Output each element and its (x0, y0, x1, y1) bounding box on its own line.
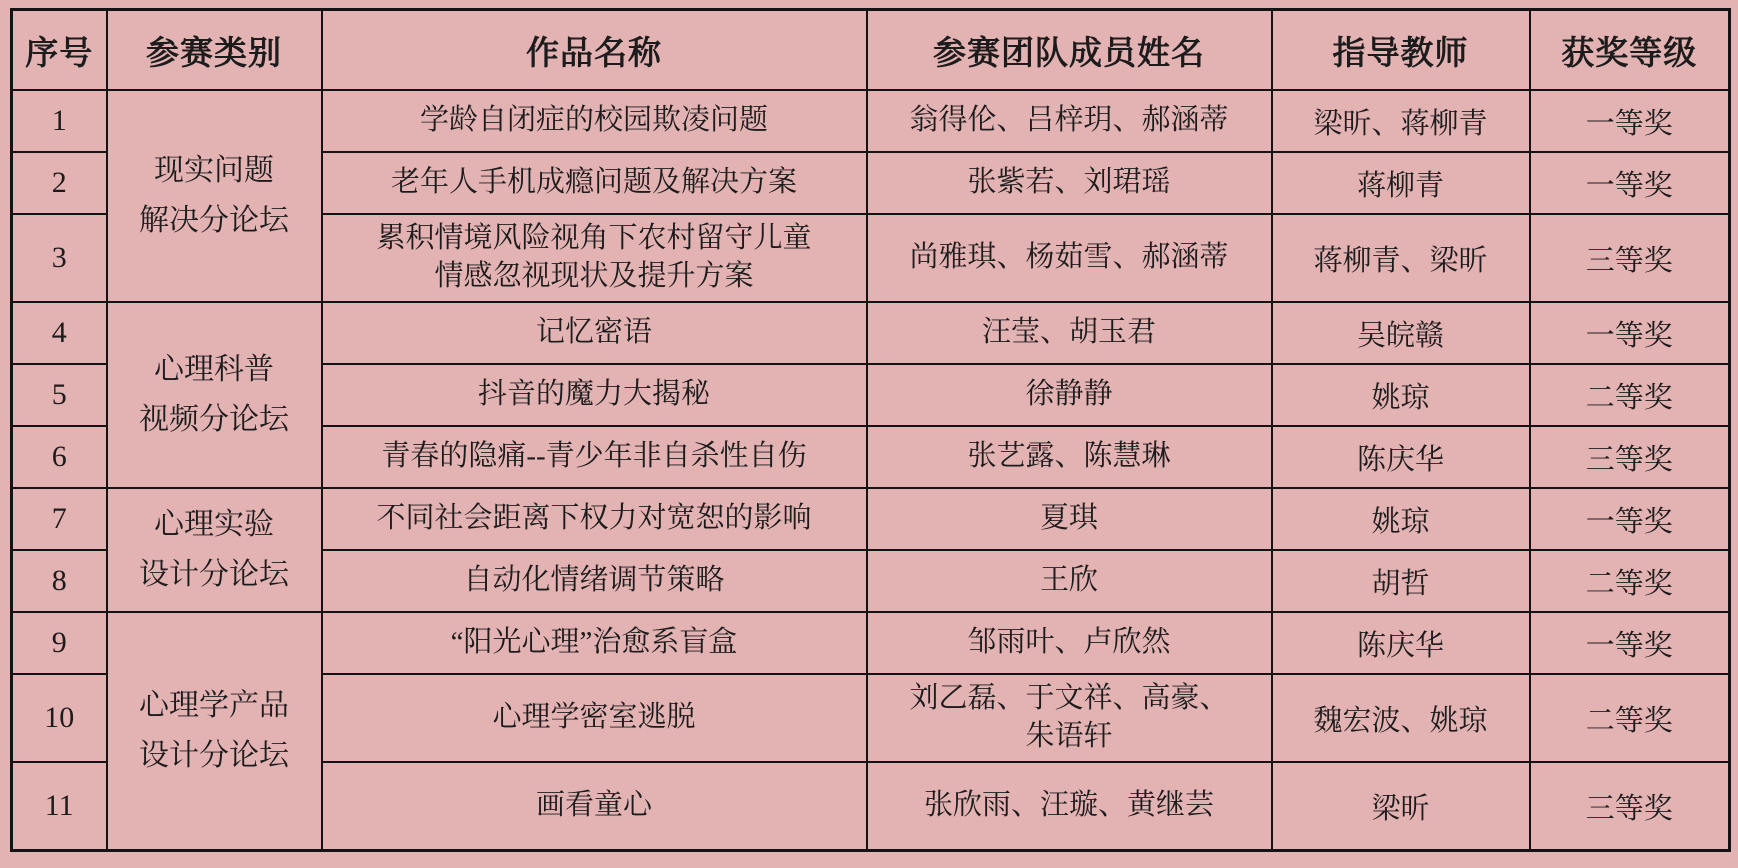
cell-work: 心理学密室逃脱 (322, 674, 867, 762)
header-members: 参赛团队成员姓名 (867, 10, 1272, 91)
cell-members: 张紫若、刘珺瑶 (867, 152, 1272, 214)
table-header-row: 序号 参赛类别 作品名称 参赛团队成员姓名 指导教师 获奖等级 (12, 10, 1730, 91)
category-line: 设计分论坛 (114, 558, 315, 593)
category-line: 现实问题 (114, 154, 315, 189)
cell-no: 6 (12, 426, 107, 488)
cell-teacher: 梁昕、蒋柳青 (1272, 90, 1530, 152)
table-body: 1现实问题解决分论坛学龄自闭症的校园欺凌问题翁得伦、吕梓玥、郝涵蒂梁昕、蒋柳青一… (12, 90, 1730, 851)
cell-no: 8 (12, 550, 107, 612)
cell-award: 一等奖 (1530, 612, 1730, 674)
table-row: 9心理学产品设计分论坛“阳光心理”治愈系盲盒邹雨叶、卢欣然陈庆华一等奖 (12, 612, 1730, 674)
cell-members: 张艺露、陈慧琳 (867, 426, 1272, 488)
cell-category: 心理科普视频分论坛 (107, 302, 322, 488)
cell-no: 2 (12, 152, 107, 214)
header-category: 参赛类别 (107, 10, 322, 91)
cell-no: 11 (12, 762, 107, 851)
cell-no: 10 (12, 674, 107, 762)
cell-no: 1 (12, 90, 107, 152)
category-line: 心理学产品 (114, 689, 315, 724)
cell-teacher: 陈庆华 (1272, 612, 1530, 674)
cell-members: 王欣 (867, 550, 1272, 612)
table-row: 4心理科普视频分论坛记忆密语汪莹、胡玉君吴皖赣一等奖 (12, 302, 1730, 364)
cell-award: 二等奖 (1530, 550, 1730, 612)
cell-no: 7 (12, 488, 107, 550)
cell-category: 心理学产品设计分论坛 (107, 612, 322, 851)
cell-no: 3 (12, 214, 107, 302)
award-table: 序号 参赛类别 作品名称 参赛团队成员姓名 指导教师 获奖等级 1现实问题解决分… (10, 8, 1731, 852)
cell-no: 5 (12, 364, 107, 426)
cell-teacher: 姚琼 (1272, 488, 1530, 550)
cell-no: 9 (12, 612, 107, 674)
cell-work: 记忆密语 (322, 302, 867, 364)
header-no: 序号 (12, 10, 107, 91)
cell-award: 一等奖 (1530, 488, 1730, 550)
cell-teacher: 胡哲 (1272, 550, 1530, 612)
cell-category: 现实问题解决分论坛 (107, 90, 322, 302)
cell-award: 三等奖 (1530, 762, 1730, 851)
cell-members: 翁得伦、吕梓玥、郝涵蒂 (867, 90, 1272, 152)
cell-teacher: 蒋柳青 (1272, 152, 1530, 214)
cell-members: 张欣雨、汪璇、黄继芸 (867, 762, 1272, 851)
cell-work: 不同社会距离下权力对宽恕的影响 (322, 488, 867, 550)
cell-work: 青春的隐痛--青少年非自杀性自伤 (322, 426, 867, 488)
cell-award: 一等奖 (1530, 302, 1730, 364)
cell-members: 尚雅琪、杨茹雪、郝涵蒂 (867, 214, 1272, 302)
cell-work: 画看童心 (322, 762, 867, 851)
cell-work: 累积情境风险视角下农村留守儿童 情感忽视现状及提升方案 (322, 214, 867, 302)
cell-members: 汪莹、胡玉君 (867, 302, 1272, 364)
table-row: 7心理实验设计分论坛不同社会距离下权力对宽恕的影响夏琪姚琼一等奖 (12, 488, 1730, 550)
cell-award: 二等奖 (1530, 364, 1730, 426)
cell-teacher: 蒋柳青、梁昕 (1272, 214, 1530, 302)
header-award: 获奖等级 (1530, 10, 1730, 91)
table-row: 1现实问题解决分论坛学龄自闭症的校园欺凌问题翁得伦、吕梓玥、郝涵蒂梁昕、蒋柳青一… (12, 90, 1730, 152)
cell-teacher: 姚琼 (1272, 364, 1530, 426)
cell-members: 夏琪 (867, 488, 1272, 550)
cell-award: 一等奖 (1530, 152, 1730, 214)
cell-category: 心理实验设计分论坛 (107, 488, 322, 612)
header-teacher: 指导教师 (1272, 10, 1530, 91)
cell-work: 自动化情绪调节策略 (322, 550, 867, 612)
cell-work: “阳光心理”治愈系盲盒 (322, 612, 867, 674)
award-table-container: 序号 参赛类别 作品名称 参赛团队成员姓名 指导教师 获奖等级 1现实问题解决分… (0, 0, 1738, 860)
cell-work: 老年人手机成瘾问题及解决方案 (322, 152, 867, 214)
cell-award: 二等奖 (1530, 674, 1730, 762)
cell-teacher: 梁昕 (1272, 762, 1530, 851)
cell-work: 学龄自闭症的校园欺凌问题 (322, 90, 867, 152)
cell-teacher: 陈庆华 (1272, 426, 1530, 488)
cell-no: 4 (12, 302, 107, 364)
cell-teacher: 魏宏波、姚琼 (1272, 674, 1530, 762)
category-line: 视频分论坛 (114, 403, 315, 438)
cell-award: 一等奖 (1530, 90, 1730, 152)
cell-teacher: 吴皖赣 (1272, 302, 1530, 364)
header-work: 作品名称 (322, 10, 867, 91)
cell-members: 邹雨叶、卢欣然 (867, 612, 1272, 674)
category-line: 心理实验 (114, 508, 315, 543)
cell-work: 抖音的魔力大揭秘 (322, 364, 867, 426)
category-line: 解决分论坛 (114, 204, 315, 239)
category-line: 心理科普 (114, 353, 315, 388)
category-line: 设计分论坛 (114, 739, 315, 774)
cell-award: 三等奖 (1530, 426, 1730, 488)
cell-members: 刘乙磊、于文祥、高豪、 朱语轩 (867, 674, 1272, 762)
cell-award: 三等奖 (1530, 214, 1730, 302)
cell-members: 徐静静 (867, 364, 1272, 426)
